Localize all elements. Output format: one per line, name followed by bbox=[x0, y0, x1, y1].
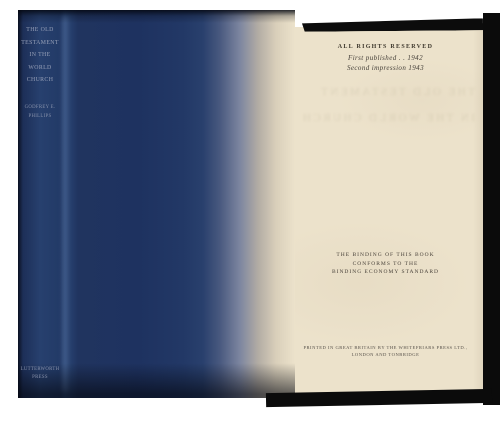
spine-hinge bbox=[62, 16, 68, 392]
rights-notice: ALL RIGHTS RESERVED bbox=[288, 44, 483, 50]
spine-title: THE OLD TESTAMENT IN THE WORLD CHURCH bbox=[18, 24, 62, 87]
show-through-text: THE OLD TESTAMENT bbox=[325, 86, 475, 98]
spine-author-line: PHILLIPS bbox=[18, 112, 62, 121]
book-photo: THE OLD TESTAMENT IN THE WORLD CHURCH AL… bbox=[0, 0, 500, 425]
printer-imprint-line: PRINTED IN GREAT BRITAIN BY THE WHITEFRI… bbox=[288, 345, 483, 352]
top-shadow-band bbox=[302, 18, 483, 32]
show-through-text: IN THE WORLD CHURCH bbox=[325, 112, 475, 124]
right-shadow-strip bbox=[483, 13, 500, 405]
spine-title-line: CHURCH bbox=[18, 74, 62, 87]
binding-notice-line: CONFORMS TO THE bbox=[288, 260, 483, 269]
printer-imprint-line: LONDON AND TONBRIDGE bbox=[288, 352, 483, 359]
spine-publisher-line: PRESS bbox=[18, 374, 62, 382]
spine-author-line: GODFREY E. bbox=[18, 103, 62, 112]
spine-author: GODFREY E. PHILLIPS bbox=[18, 103, 62, 121]
spine-publisher-line: LUTTERWORTH bbox=[18, 366, 62, 374]
printer-block: PRINTED IN GREAT BRITAIN BY THE WHITEFRI… bbox=[288, 345, 483, 358]
bottom-shadow-band bbox=[266, 389, 492, 407]
second-impression-line: Second impression 1943 bbox=[288, 63, 483, 73]
page bbox=[278, 27, 483, 393]
spine-title-line: TESTAMENT bbox=[18, 37, 62, 50]
binding-block: THE BINDING OF THIS BOOK CONFORMS TO THE… bbox=[288, 251, 483, 277]
binding-notice-line: THE BINDING OF THIS BOOK bbox=[288, 251, 483, 260]
first-published-line: First published . . 1942 bbox=[288, 53, 483, 63]
spine-publisher: LUTTERWORTH PRESS bbox=[18, 366, 62, 382]
spine-title-line: THE OLD bbox=[18, 24, 62, 37]
spine-title-line: WORLD bbox=[18, 62, 62, 75]
binding-notice-line: BINDING ECONOMY STANDARD bbox=[288, 268, 483, 277]
spine-title-line: IN THE bbox=[18, 49, 62, 62]
rights-block: ALL RIGHTS RESERVED First published . . … bbox=[288, 44, 483, 73]
